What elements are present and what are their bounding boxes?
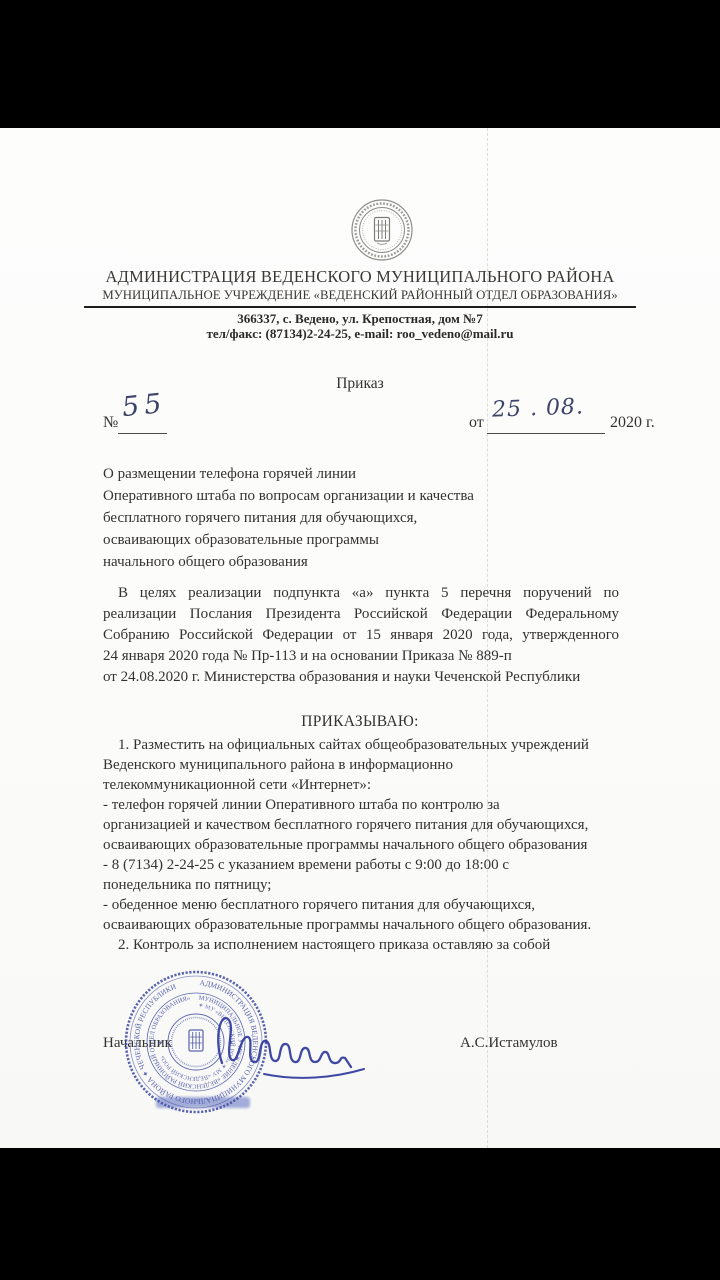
signature-scribble [212,1011,380,1087]
order-date-handwritten: 25 . 08. [492,394,585,422]
resolution-line: Веденского муниципального района в инфор… [103,755,623,775]
top-letterbox [0,0,720,128]
order-number-label: № [103,414,118,432]
order-date-line [487,433,605,434]
subject-line: Оперативного штаба по вопросам организац… [103,485,623,507]
subject-line: осваивающих образовательные программы [103,529,623,551]
subject-line: бесплатного горячего питания для обучающ… [103,507,623,529]
resolution-line: - 8 (7134) 2-24-25 с указанием времени р… [103,855,623,875]
resolution-line: организацией и качеством бесплатного гор… [103,815,623,835]
preamble-line: Собранию Российской Федерации от 15 янва… [103,625,619,646]
resolution-line: осваивающих образовательные программы на… [103,915,623,935]
order-number-handwritten: 55 [121,388,168,423]
org-contacts: тел/факс: (87134)2-24-25, e-mail: roo_ve… [0,326,720,342]
org-name-line1: АДМИНИСТРАЦИЯ ВЕДЕНСКОГО МУНИЦИПАЛЬНОГО … [0,267,720,287]
resolution-line: понедельника по пятницу; [103,875,623,895]
resolution-line: 1. Разместить на официальных сайтах обще… [103,735,623,755]
stamp-star-left: ✶ [157,1039,163,1047]
resolution-line: - обеденное меню бесплатного горячего пи… [103,895,623,915]
order-date-label: от [469,414,484,432]
bottom-letterbox [0,1148,720,1280]
resolution-line: телекоммуникационной сети «Интернет»: [103,775,623,795]
preamble-line: В целях реализации подпункта «а» пункта … [103,583,619,604]
document-page: АДМИНИСТРАЦИЯ ВЕДЕНСКОГО МУНИЦИПАЛЬНОГО … [0,128,720,1148]
org-address: 366337, с. Ведено, ул. Крепостная, дом №… [0,311,720,327]
order-date-year: 2020 г. [610,414,655,432]
screenshot-stage: АДМИНИСТРАЦИЯ ВЕДЕНСКОГО МУНИЦИПАЛЬНОГО … [0,0,720,1280]
resolution-line: осваивающих образовательные программы на… [103,835,623,855]
preamble-line: реализации Послания Президента Российско… [103,604,619,625]
subject-line: О размещении телефона горячей линии [103,463,623,485]
preamble-line: 24 января 2020 года № Пр-113 и на основа… [103,646,619,667]
order-number-line [118,433,167,434]
order-preamble: В целях реализации подпункта «а» пункта … [103,583,619,688]
subject-line: начального общего образования [103,551,623,573]
signer-name: А.С.Истамулов [460,1035,558,1052]
resolution-line: 2. Контроль за исполнением настоящего пр… [103,935,623,955]
letterhead-divider [84,306,636,308]
preamble-line: от 24.08.2020 г. Министерства образовани… [103,667,619,688]
order-title: Приказ [0,375,720,393]
order-subject: О размещении телефона горячей линии Опер… [103,463,623,573]
chechen-emblem-icon [350,198,414,262]
resolution-line: - телефон горячей линии Оперативного шта… [103,795,623,815]
resolution-body: 1. Разместить на официальных сайтах обще… [103,735,623,955]
resolution-heading: ПРИКАЗЫВАЮ: [0,713,720,731]
org-name-line2: МУНИЦИПАЛЬНОЕ УЧРЕЖДЕНИЕ «ВЕДЕНСКИЙ РАЙО… [0,288,720,303]
